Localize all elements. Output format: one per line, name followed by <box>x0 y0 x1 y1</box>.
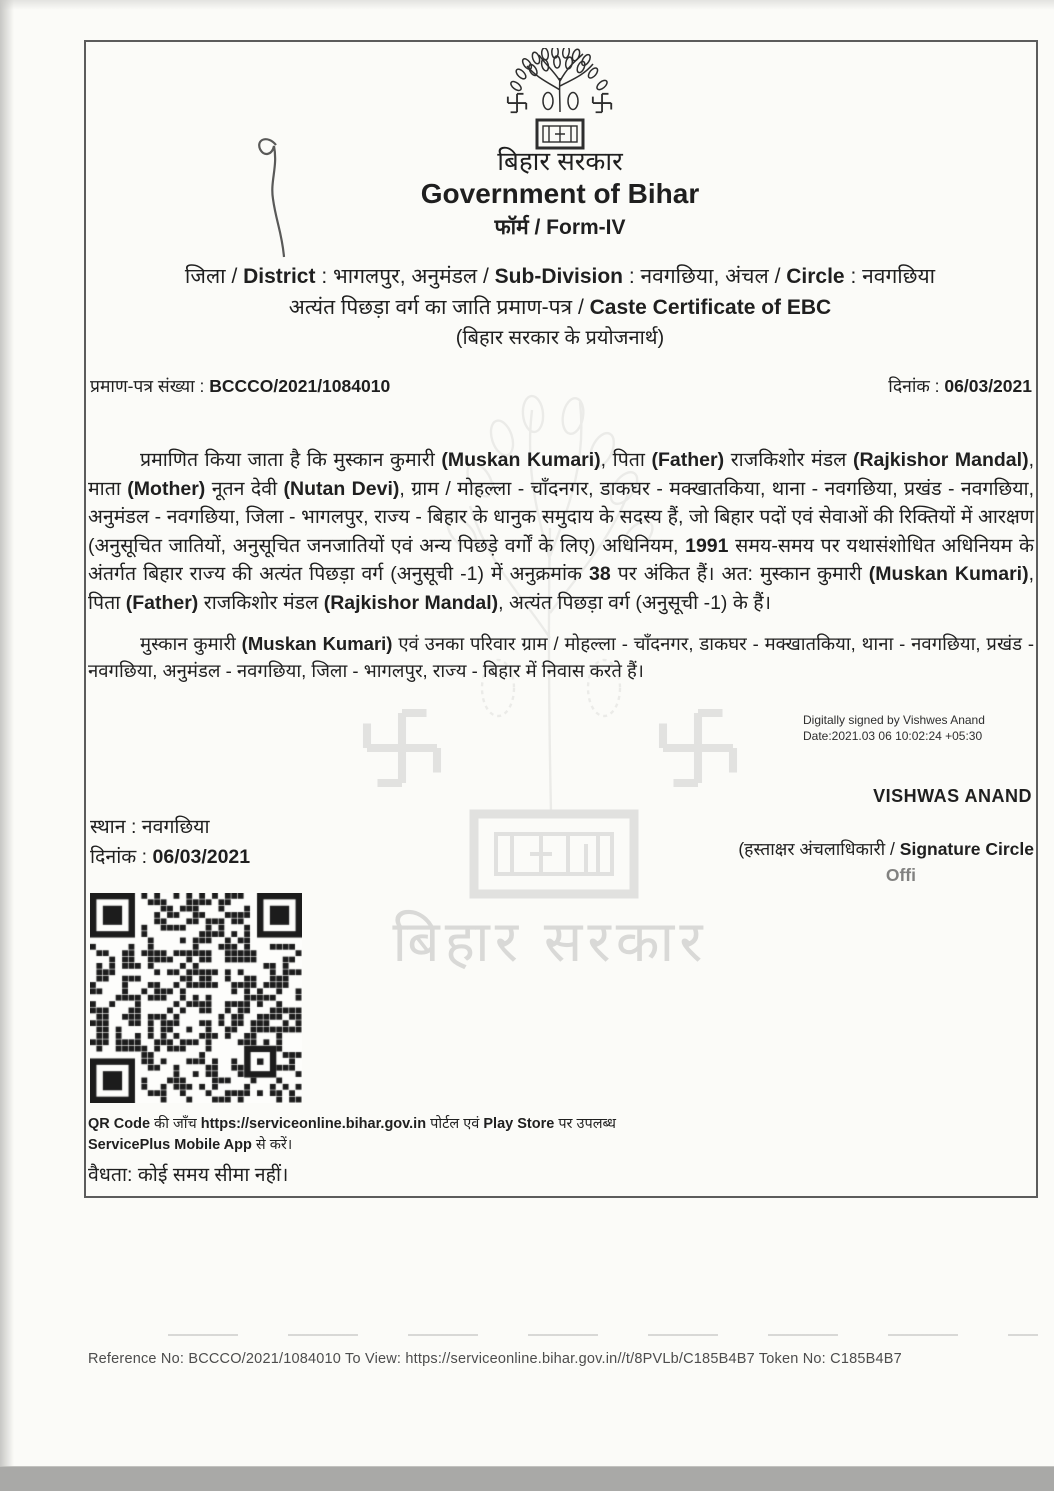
certificate-body-paragraph-2: मुस्कान कुमारी (Muskan Kumari) एवं उनका … <box>88 630 1034 684</box>
district-subdivision-circle-line: जिला / District : भागलपुर, अनुमंडल / Sub… <box>84 262 1036 290</box>
signer-name: VISHWAS ANAND <box>612 786 1032 807</box>
form-number: फॉर्म / Form-IV <box>84 213 1036 241</box>
place-line: स्थान : नवगछिया <box>90 812 210 839</box>
scan-edge-left <box>0 0 14 1491</box>
certificate-number: प्रमाण-पत्र संख्या : BCCCO/2021/1084010 <box>90 374 390 398</box>
designation-line2-truncated: Offi <box>664 862 1034 888</box>
title-english: Government of Bihar <box>84 178 1036 210</box>
scan-fold-line <box>168 1334 1038 1336</box>
validity-line: वैधता: कोई समय सीमा नहीं। <box>88 1160 288 1187</box>
designation-line1: (हस्ताक्षर अंचलाधिकारी / Signature Circl… <box>664 836 1034 862</box>
certificate-number-row: प्रमाण-पत्र संख्या : BCCCO/2021/1084010 … <box>90 374 1032 398</box>
qr-verification-caption: QR Code की जाँच https://serviceonline.bi… <box>88 1114 688 1156</box>
title-hindi: बिहार सरकार <box>84 142 1036 178</box>
signature-designation: (हस्ताक्षर अंचलाधिकारी / Signature Circl… <box>664 836 1034 888</box>
scan-edge-top <box>0 0 1054 10</box>
certificate-body-paragraph-1: प्रमाणित किया जाता है कि मुस्कान कुमारी … <box>88 446 1034 617</box>
digital-signature-details: Digitally signed by Vishwes Anand Date:2… <box>803 712 985 744</box>
purpose-line: (बिहार सरकार के प्रयोजनार्थ) <box>84 323 1036 350</box>
scanner-background-strip <box>0 1466 1054 1491</box>
reference-footer: Reference No: BCCCO/2021/1084010 To View… <box>88 1351 902 1367</box>
issue-date-line: दिनांक : 06/03/2021 <box>90 842 250 869</box>
qr-code <box>90 893 302 1103</box>
digital-signature-line2: Date:2021.03 06 10:02:24 +05:30 <box>803 728 985 744</box>
caste-certificate-title: अत्यंत पिछड़ा वर्ग का जाति प्रमाण-पत्र /… <box>84 293 1036 321</box>
scanned-certificate-page: बिहार सरकार <box>0 0 1054 1491</box>
digital-signature-line1: Digitally signed by Vishwes Anand <box>803 712 985 728</box>
certificate-date: दिनांक : 06/03/2021 <box>888 374 1032 398</box>
